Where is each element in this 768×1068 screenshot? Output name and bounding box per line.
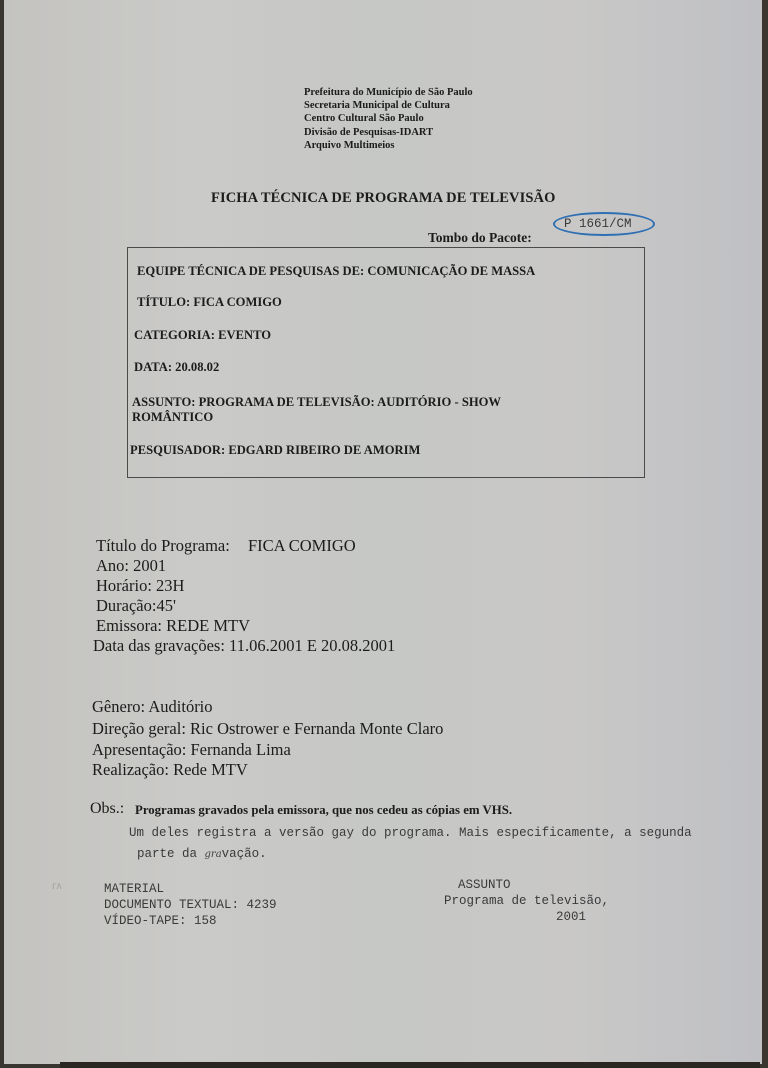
documento-textual: DOCUMENTO TEXTUAL: 4239	[104, 897, 277, 913]
video-tape: VÍDEO-TAPE: 158	[104, 913, 277, 929]
obs-typed-text: vação.	[222, 847, 267, 861]
assunto-footer-heading: ASSUNTO	[444, 877, 609, 893]
tombo-label: Tombo do Pacote:	[428, 230, 532, 246]
obs-text: Programas gravados pela emissora, que no…	[135, 803, 512, 818]
emissora-field: Emissora: REDE MTV	[96, 616, 250, 636]
institution-line: Centro Cultural São Paulo	[304, 112, 473, 125]
apresentacao-field: Apresentação: Fernanda Lima	[92, 740, 291, 760]
table-edge-shadow	[60, 1062, 760, 1068]
institution-line: Prefeitura do Município de São Paulo	[304, 86, 473, 99]
document-title: FICHA TÉCNICA DE PROGRAMA DE TELEVISÃO	[211, 190, 555, 207]
direcao-field: Direção geral: Ric Ostrower e Fernanda M…	[92, 719, 443, 739]
assunto-footer-line1: Programa de televisão,	[444, 893, 609, 909]
institution-line: Arquivo Multimeios	[304, 139, 473, 152]
document-page: Prefeitura do Município de São Paulo Sec…	[4, 0, 762, 1064]
institution-line: Divisão de Pesquisas-IDART	[304, 126, 473, 139]
horario-field: Horário: 23H	[96, 576, 184, 596]
titulo-field: TÍTULO: FICA COMIGO	[137, 295, 282, 310]
institution-line: Secretaria Municipal de Cultura	[304, 99, 473, 112]
assunto-footer-block: ASSUNTO Programa de televisão, 2001	[444, 877, 609, 925]
obs-typed-text: parte da	[137, 847, 205, 861]
faint-mark: ΓΛ	[52, 883, 62, 892]
obs-label: Obs.:	[90, 800, 124, 818]
equipe-field: EQUIPE TÉCNICA DE PESQUISAS DE: COMUNICA…	[137, 264, 535, 279]
categoria-field: CATEGORIA: EVENTO	[134, 328, 271, 343]
handwritten-correction: gra	[205, 849, 222, 860]
material-heading: MATERIAL	[104, 881, 277, 897]
material-block: MATERIAL DOCUMENTO TEXTUAL: 4239 VÍDEO-T…	[104, 881, 277, 929]
realizacao-field: Realização: Rede MTV	[92, 760, 248, 780]
tombo-code: P 1661/CM	[564, 217, 632, 231]
institution-header: Prefeitura do Município de São Paulo Sec…	[304, 86, 473, 152]
obs-typed-line2: parte da gravação.	[137, 846, 267, 863]
obs-typed-line1: Um deles registra a versão gay do progra…	[129, 825, 692, 841]
data-field: DATA: 20.08.02	[134, 360, 219, 375]
assunto-field-line1: ASSUNTO: PROGRAMA DE TELEVISÃO: AUDITÓRI…	[132, 395, 501, 410]
duracao-field: Duração:45'	[96, 596, 176, 616]
program-title-value: FICA COMIGO	[248, 536, 356, 555]
data-gravacoes-field: Data das gravações: 11.06.2001 E 20.08.2…	[93, 636, 395, 656]
summary-box: EQUIPE TÉCNICA DE PESQUISAS DE: COMUNICA…	[127, 247, 645, 478]
genero-field: Gênero: Auditório	[92, 697, 213, 717]
program-title-row: Título do Programa: FICA COMIGO	[96, 536, 356, 556]
assunto-field-line2: ROMÂNTICO	[132, 410, 213, 425]
assunto-footer-line2: 2001	[444, 909, 609, 925]
ano-field: Ano: 2001	[96, 556, 166, 576]
pesquisador-field: PESQUISADOR: EDGARD RIBEIRO DE AMORIM	[130, 443, 420, 458]
program-title-label: Título do Programa:	[96, 536, 230, 555]
